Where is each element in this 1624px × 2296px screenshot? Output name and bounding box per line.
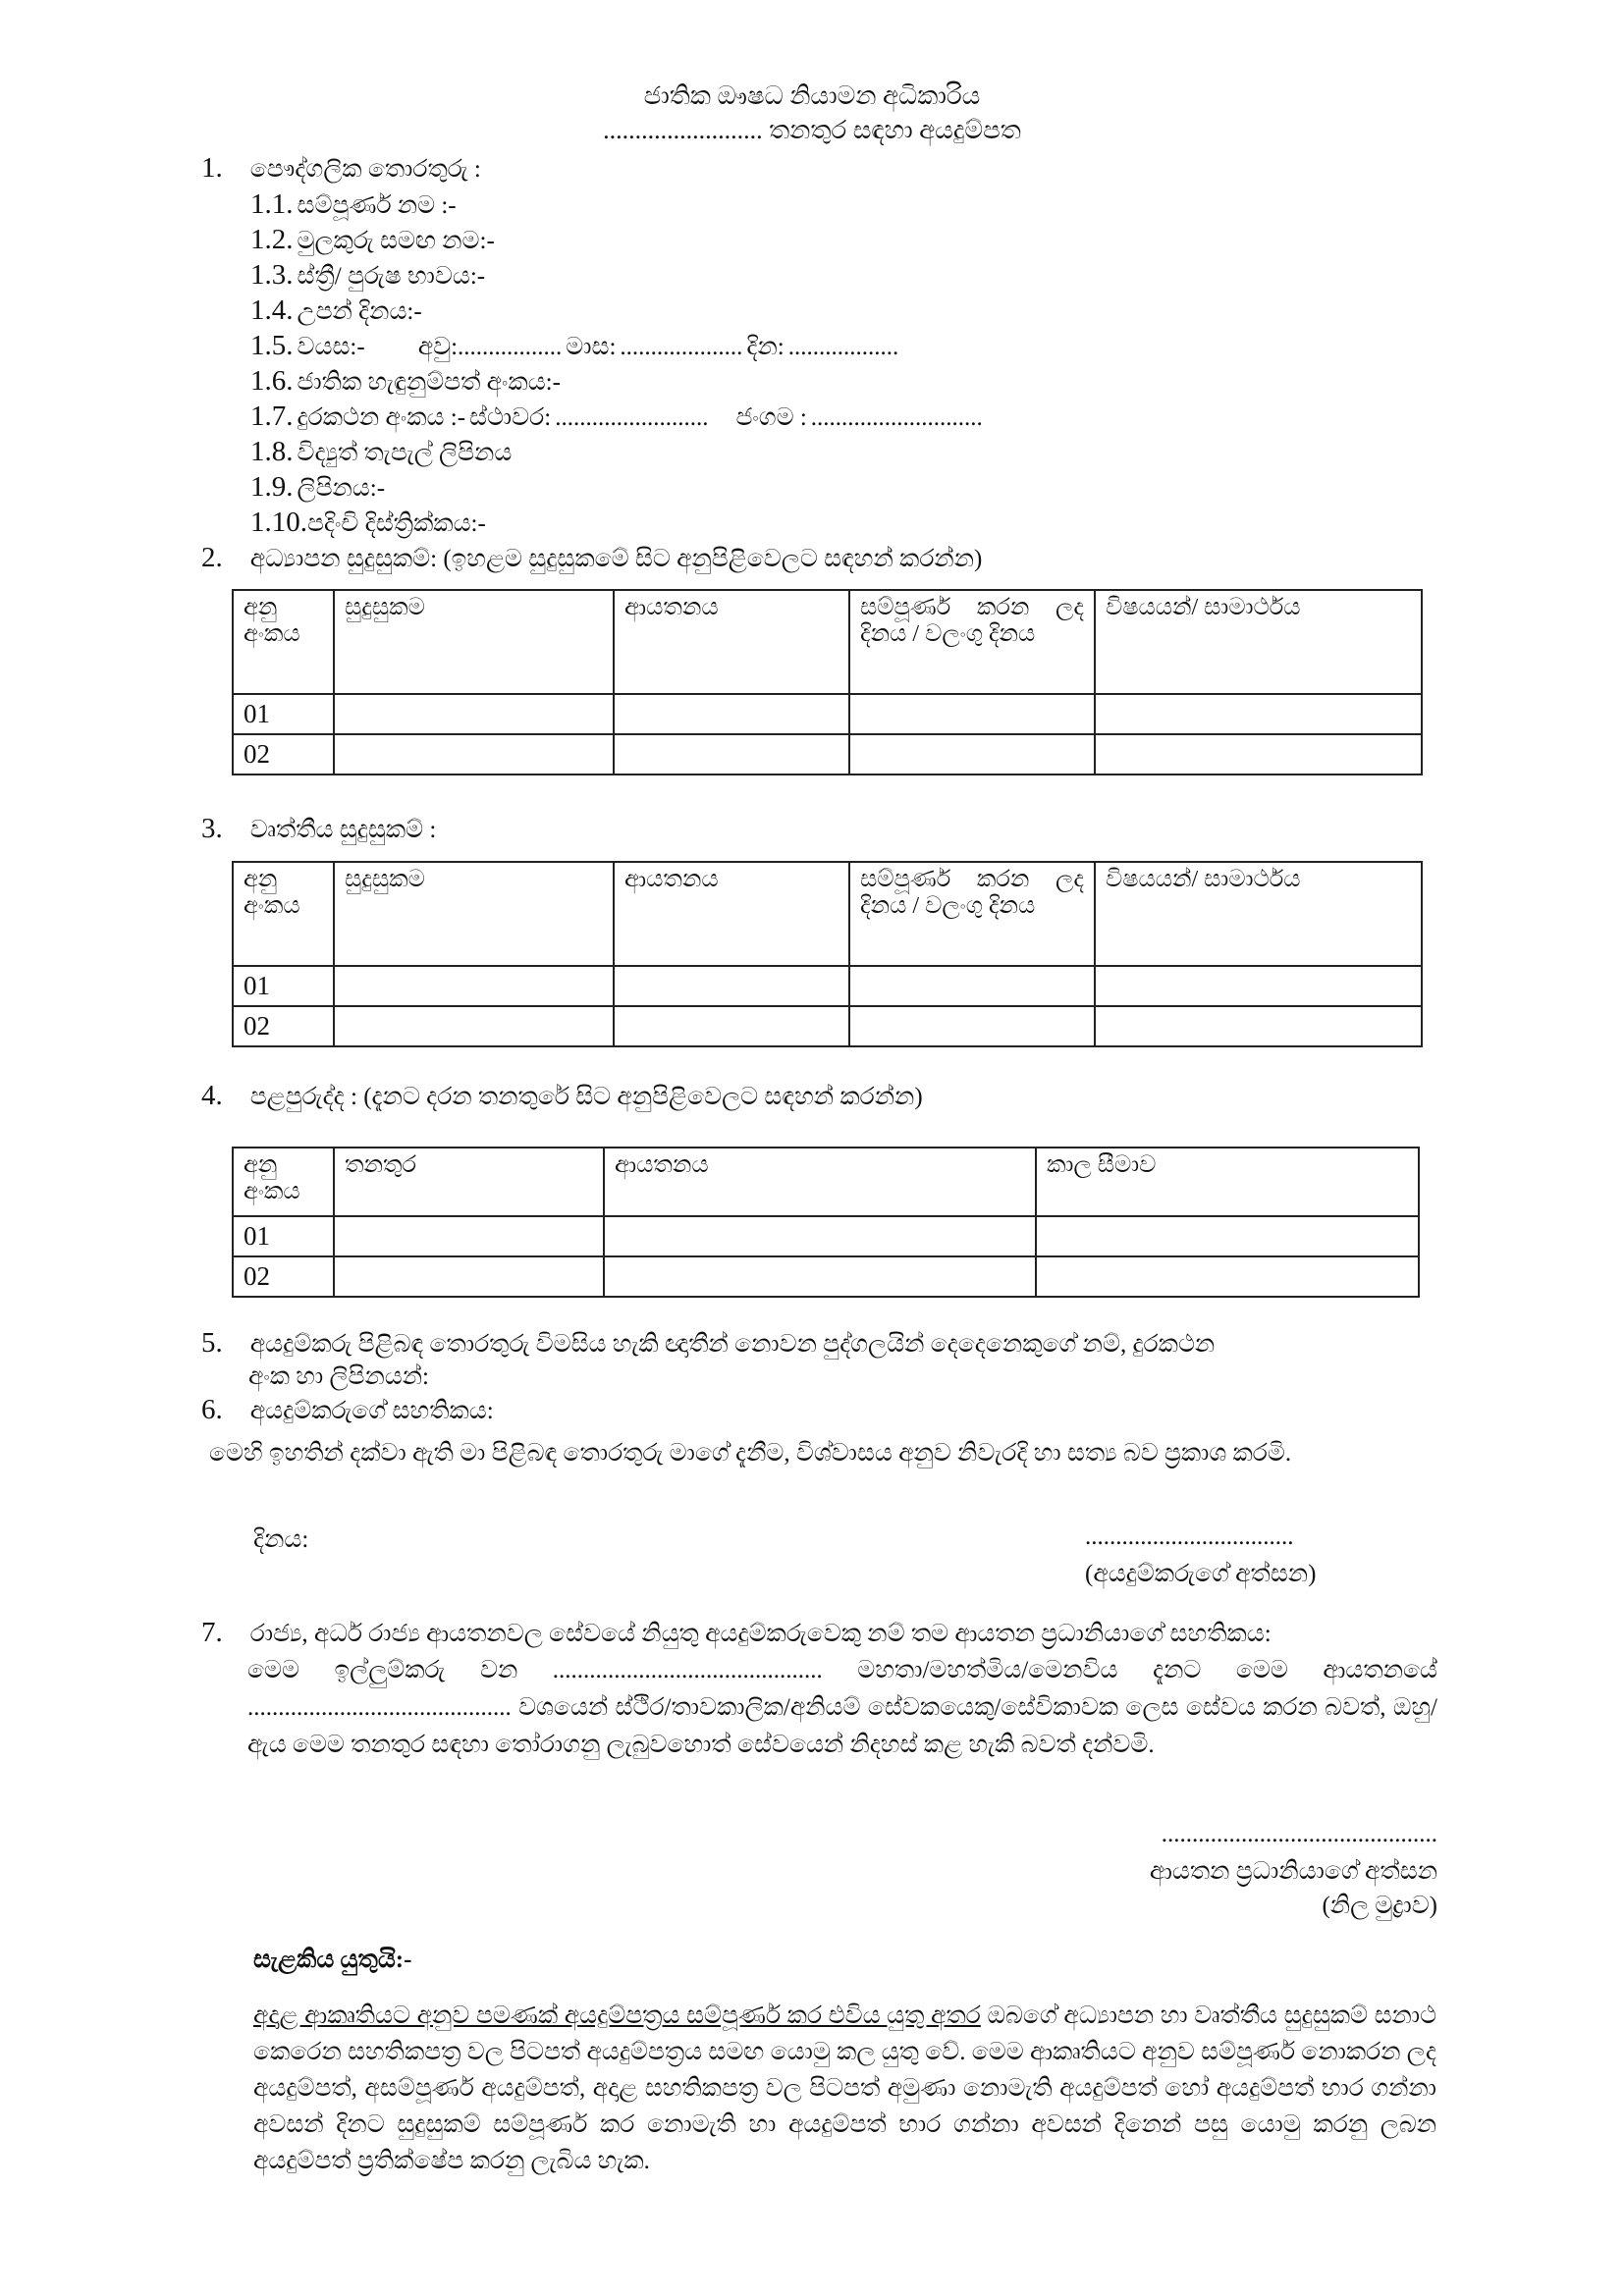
age-years-label: අවු: (418, 334, 458, 360)
age-days-label: දින: (746, 334, 784, 360)
field-full-name[interactable]: 1.1. සම්පූර්ණ නම :- (250, 188, 983, 224)
field-phone: 1.7. දුරකථන අංකය :- ස්ථාවර: ............… (250, 400, 983, 436)
field-nic[interactable]: 1.6. ජාතික හැඳුනුම්පත් අංකය:- (250, 365, 983, 400)
section-7-heading: 7. රාජ්‍ය, අර්ධ රාජ්‍ය ආයතනවල සේවයේ නියු… (201, 1617, 1272, 1649)
col-header: අනු අංකය (233, 862, 334, 966)
field-district[interactable]: 1.10.පදිංචි දිස්ත්‍රික්කය:- (250, 507, 983, 542)
table-cell[interactable] (849, 694, 1095, 734)
table-cell[interactable] (1095, 694, 1422, 734)
col-header: තනතුර (334, 1148, 604, 1216)
section-1-heading: 1. පෞද්ගලික තොරතුරු : (201, 152, 481, 185)
col-header: විෂයයන්/ සාමාර්ථය (1095, 862, 1422, 966)
col-header: ආයතනය (614, 590, 849, 694)
applicant-signature-blank[interactable]: .................................. (1085, 1523, 1294, 1551)
head-of-institution-certificate: මෙම ඉල්ලුම්කරු වන ......................… (247, 1652, 1437, 1764)
official-stamp-label: (නිල මුද්‍රාව) (1322, 1893, 1437, 1920)
age-months-label: මාස: (566, 334, 616, 360)
col-header: අනු අංකය (233, 1148, 334, 1216)
applicant-declaration: මෙහි ඉහතින් දක්වා ඇති මා පිළිබඳ තොරතුරු … (209, 1435, 1436, 1471)
table-cell[interactable] (614, 966, 849, 1006)
table-row: 01 (233, 966, 1422, 1006)
table-cell[interactable] (604, 1216, 1036, 1256)
table-cell[interactable] (1095, 966, 1422, 1006)
table-header-row: අනු අංකය සුදුසුකම ආයතනය සම්පූර්ණ කරන ලද … (233, 590, 1422, 694)
table-cell[interactable] (614, 734, 849, 774)
col-header: ආයතනය (604, 1148, 1036, 1216)
form-title: ......................... තනතුර සඳහා අයද… (0, 116, 1624, 146)
table-row: 02 (233, 734, 1422, 774)
section-5-referees: 5. අයදුම්කරු පිළිබඳ තොරතුරු විමසිය හැකි … (201, 1327, 1438, 1391)
section-4-heading: 4. පළපුරුද්ද : (දැනට දරන තනතුරේ සිට අනුප… (201, 1080, 923, 1112)
col-header: විෂයයන්/ සාමාර්ථය (1095, 590, 1422, 694)
table-cell[interactable] (334, 1256, 604, 1297)
table-cell[interactable] (604, 1256, 1036, 1297)
section-number: 1. (201, 152, 223, 184)
field-age: 1.5. වයස:- අවු:................. මාස: ..… (250, 330, 983, 365)
section-3-heading: 3. වෘත්තීය සුදුසුකම් : (201, 813, 436, 845)
col-header: සුදුසුකම (334, 590, 614, 694)
date-label: දිනය: (253, 1526, 308, 1554)
notes-underlined-text: අදාළ ආකෘතියට අනුව පමණක් අයදුම්පත්‍රය සම්… (253, 2002, 981, 2029)
col-header: ආයතනය (614, 862, 849, 966)
table-row: 01 (233, 694, 1422, 734)
table-cell[interactable] (849, 1006, 1095, 1046)
table-cell[interactable] (614, 694, 849, 734)
col-header: කාල සීමාව (1036, 1148, 1419, 1216)
head-signature-label: ආයතන ප්‍රධානියාගේ අත්සන (1150, 1858, 1437, 1886)
age-months-blank[interactable]: .................... (620, 334, 742, 360)
professional-qualifications-table: අනු අංකය සුදුසුකම ආයතනය සම්පූර්ණ කරන ලද … (232, 861, 1423, 1047)
table-cell[interactable] (1095, 1006, 1422, 1046)
table-cell[interactable] (1036, 1216, 1419, 1256)
phone-fixed-label: ස්ථාවර: (469, 404, 551, 431)
table-header-row: අනු අංකය තනතුර ආයතනය කාල සීමාව (233, 1148, 1419, 1216)
table-header-row: අනු අංකය සුදුසුකම ආයතනය සම්පූර්ණ කරන ලද … (233, 862, 1422, 966)
table-cell[interactable] (1036, 1256, 1419, 1297)
table-row: 02 (233, 1256, 1419, 1297)
phone-mobile-blank[interactable]: ............................ (811, 404, 983, 431)
section-6-heading: 6. අයදුම්කරුගේ සහතිකය: (201, 1394, 494, 1426)
table-cell[interactable] (1095, 734, 1422, 774)
col-header: අනු අංකය (233, 590, 334, 694)
phone-fixed-blank[interactable]: ......................... (555, 404, 708, 431)
notes-title: සැළකිය යුතුයි:- (253, 1947, 411, 1974)
table-cell[interactable] (849, 966, 1095, 1006)
age-years-blank[interactable]: ................. (458, 334, 562, 360)
table-cell[interactable] (334, 966, 614, 1006)
table-row: 01 (233, 1216, 1419, 1256)
section-title: පෞද්ගලික තොරතුරු : (250, 156, 481, 183)
form-title-text: තනතුර සඳහා අයදුම්පත (769, 116, 1021, 144)
col-header: සම්පූර්ණ කරන ලද දිනය / වලංගු දිනය (849, 862, 1095, 966)
authority-title: ජාතික ඖෂධ නියාමන අධිකාරිය (0, 81, 1624, 112)
table-row: 02 (233, 1006, 1422, 1046)
position-blank[interactable]: ......................... (603, 116, 763, 144)
table-cell[interactable] (334, 734, 614, 774)
personal-info-list: 1.1. සම්පූර්ණ නම :- 1.2. මුලකුරු සමඟ නම:… (250, 188, 983, 542)
applicant-signature-label: (අයදුම්කරුගේ අත්සන) (1085, 1561, 1316, 1588)
field-name-with-initials[interactable]: 1.2. මුලකුරු සමඟ නම:- (250, 224, 983, 259)
table-cell[interactable] (849, 734, 1095, 774)
phone-mobile-label: ජංගම : (735, 404, 806, 431)
section-2-heading: 2. අධ්‍යාපන සුදුසුකම්: (ඉහළම සුදුසුකමේ ස… (201, 542, 982, 574)
col-header: සම්පූර්ණ කරන ලද දිනය / වලංගු දිනය (849, 590, 1095, 694)
table-cell[interactable] (334, 694, 614, 734)
col-header: සුදුසුකම (334, 862, 614, 966)
notes-body: අදාළ ආකෘතියට අනුව පමණක් අයදුම්පත්‍රය සම්… (253, 1998, 1436, 2179)
field-email[interactable]: 1.8. විද්‍යුත් තැපැල් ලිපිනය (250, 436, 983, 471)
age-days-blank[interactable]: .................. (788, 334, 899, 360)
table-cell[interactable] (334, 1216, 604, 1256)
field-gender[interactable]: 1.3. ස්ත්‍රී/ පුරුෂ භාවය:- (250, 259, 983, 294)
education-table: අනු අංකය සුදුසුකම ආයතනය සම්පූර්ණ කරන ලද … (232, 589, 1423, 775)
table-cell[interactable] (334, 1006, 614, 1046)
head-signature-blank[interactable]: ........................................… (1162, 1821, 1437, 1848)
experience-table: අනු අංකය තනතුර ආයතනය කාල සීමාව 01 02 (232, 1147, 1420, 1298)
field-address[interactable]: 1.9. ලිපිනය:- (250, 471, 983, 507)
field-date-of-birth[interactable]: 1.4. උපන් දිනය:- (250, 294, 983, 330)
table-cell[interactable] (614, 1006, 849, 1046)
